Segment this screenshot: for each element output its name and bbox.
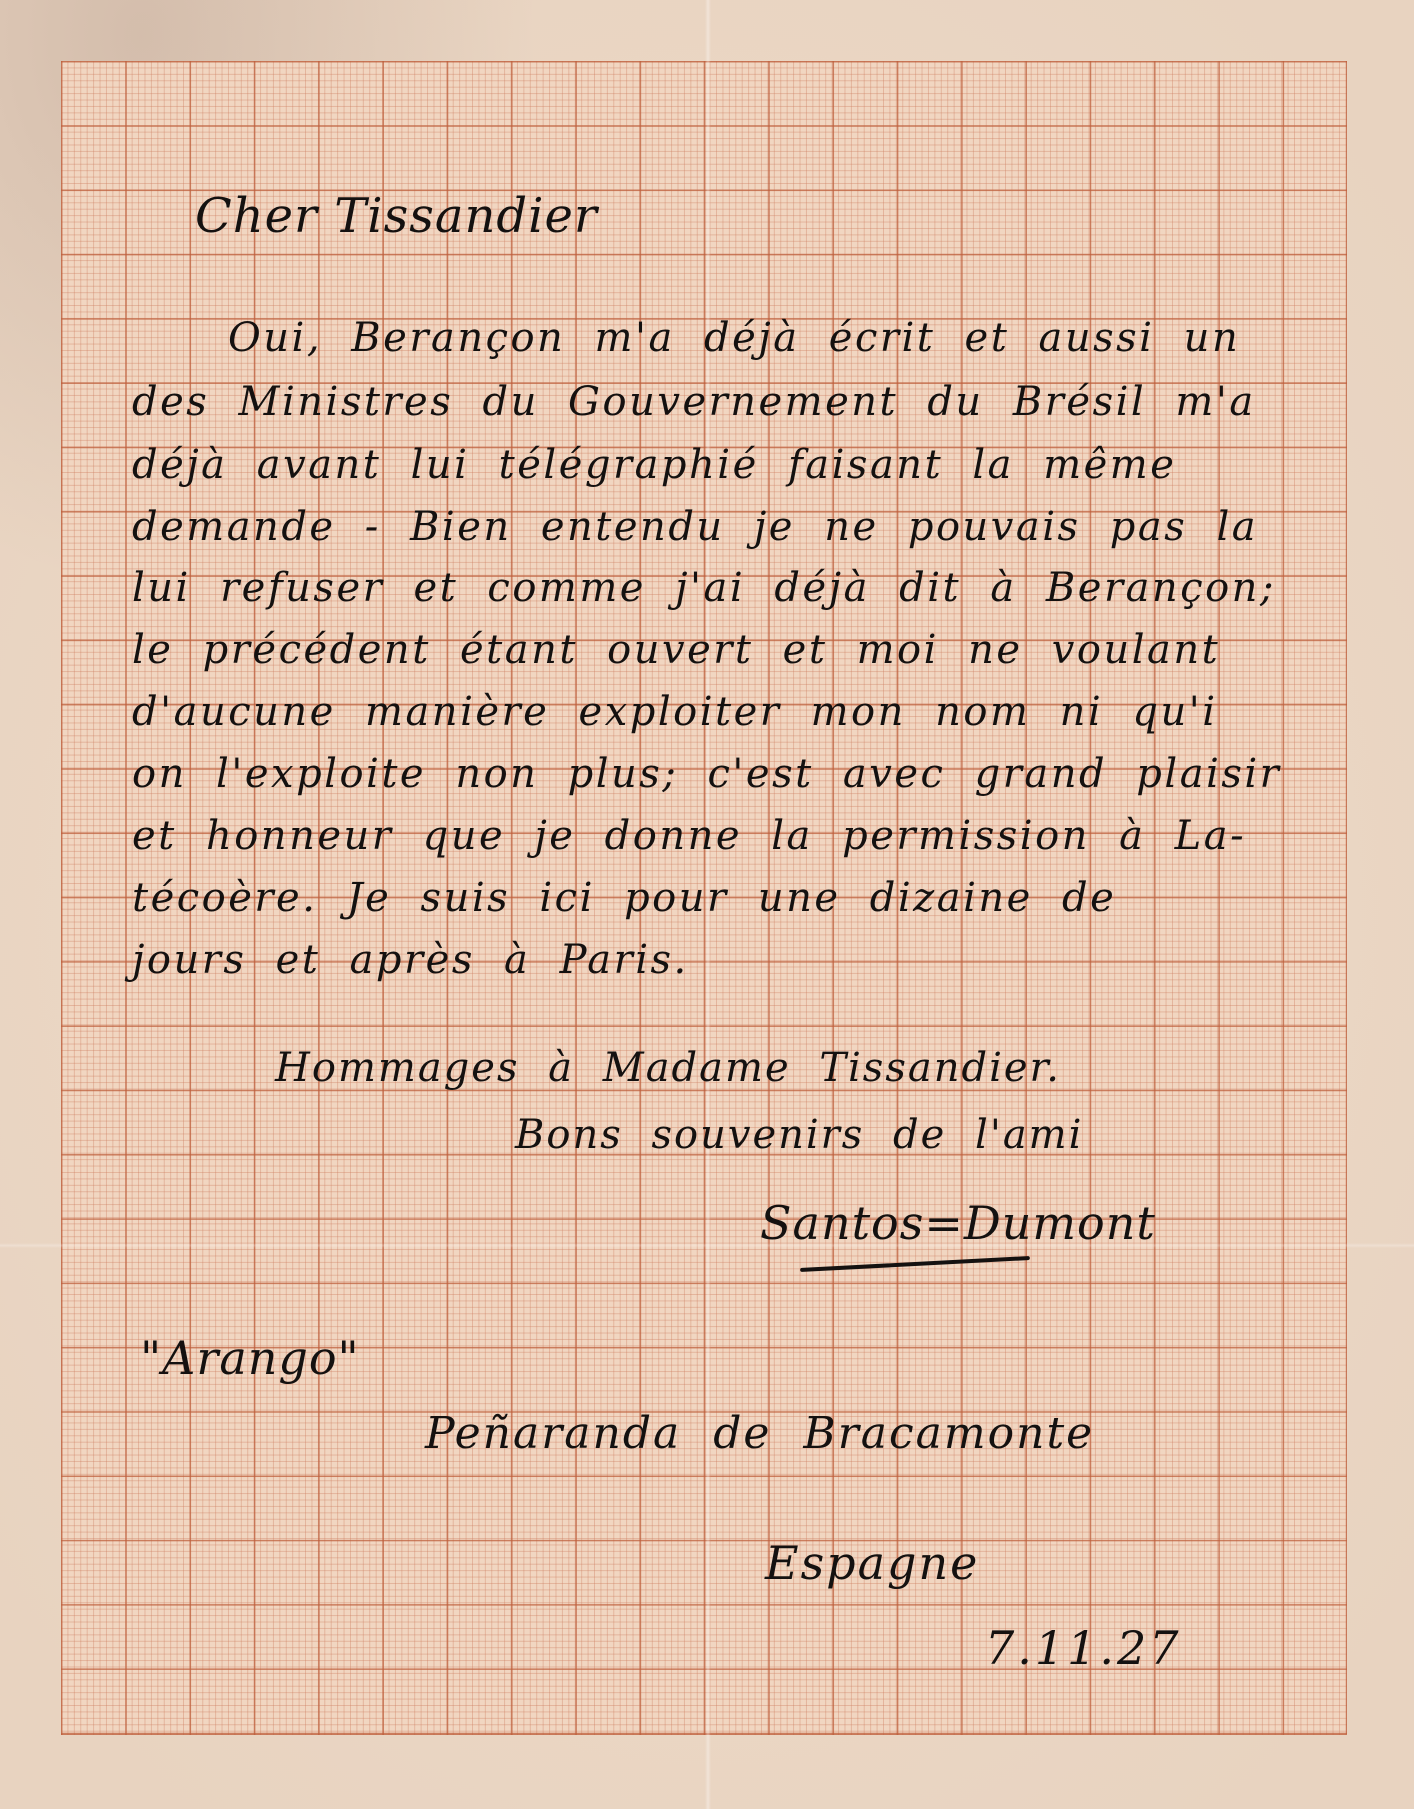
letter-date: 7.11.27	[985, 1625, 1182, 1671]
body-line-1: Oui, Berançon m'a déjà écrit et aussi un	[228, 318, 1240, 358]
body-line-7: d'aucune manière exploiter mon nom ni qu…	[132, 692, 1218, 732]
body-line-6: le précédent étant ouvert et moi ne voul…	[132, 630, 1220, 670]
signature: Santos=Dumont	[760, 1200, 1156, 1246]
salutation: Cher Tissandier	[195, 192, 598, 240]
letter-sheet: Cher Tissandier Oui, Berançon m'a déjà é…	[0, 0, 1414, 1809]
body-line-4: demande - Bien entendu je ne pouvais pas…	[132, 507, 1258, 547]
body-line-10: técoère. Je suis ici pour une dizaine de	[132, 878, 1116, 918]
closing-greeting: Hommages à Madame Tissandier.	[275, 1048, 1061, 1088]
address-country: Espagne	[765, 1540, 979, 1586]
address-town: Peñaranda de Bracamonte	[425, 1412, 1094, 1456]
closing-sign-off: Bons souvenirs de l'ami	[515, 1115, 1083, 1155]
body-line-5: lui refuser et comme j'ai déjà dit à Ber…	[132, 568, 1276, 608]
body-line-3: déjà avant lui télégraphié faisant la mê…	[132, 445, 1176, 485]
address-house-name: "Arango"	[140, 1335, 360, 1381]
body-line-8: on l'exploite non plus; c'est avec grand…	[132, 754, 1281, 794]
horizontal-fold-crease	[0, 1243, 1414, 1248]
body-line-11: jours et après à Paris.	[132, 940, 689, 980]
body-line-2: des Ministres du Gouvernement du Brésil …	[132, 382, 1256, 422]
body-line-9: et honneur que je donne la permission à …	[132, 816, 1246, 856]
